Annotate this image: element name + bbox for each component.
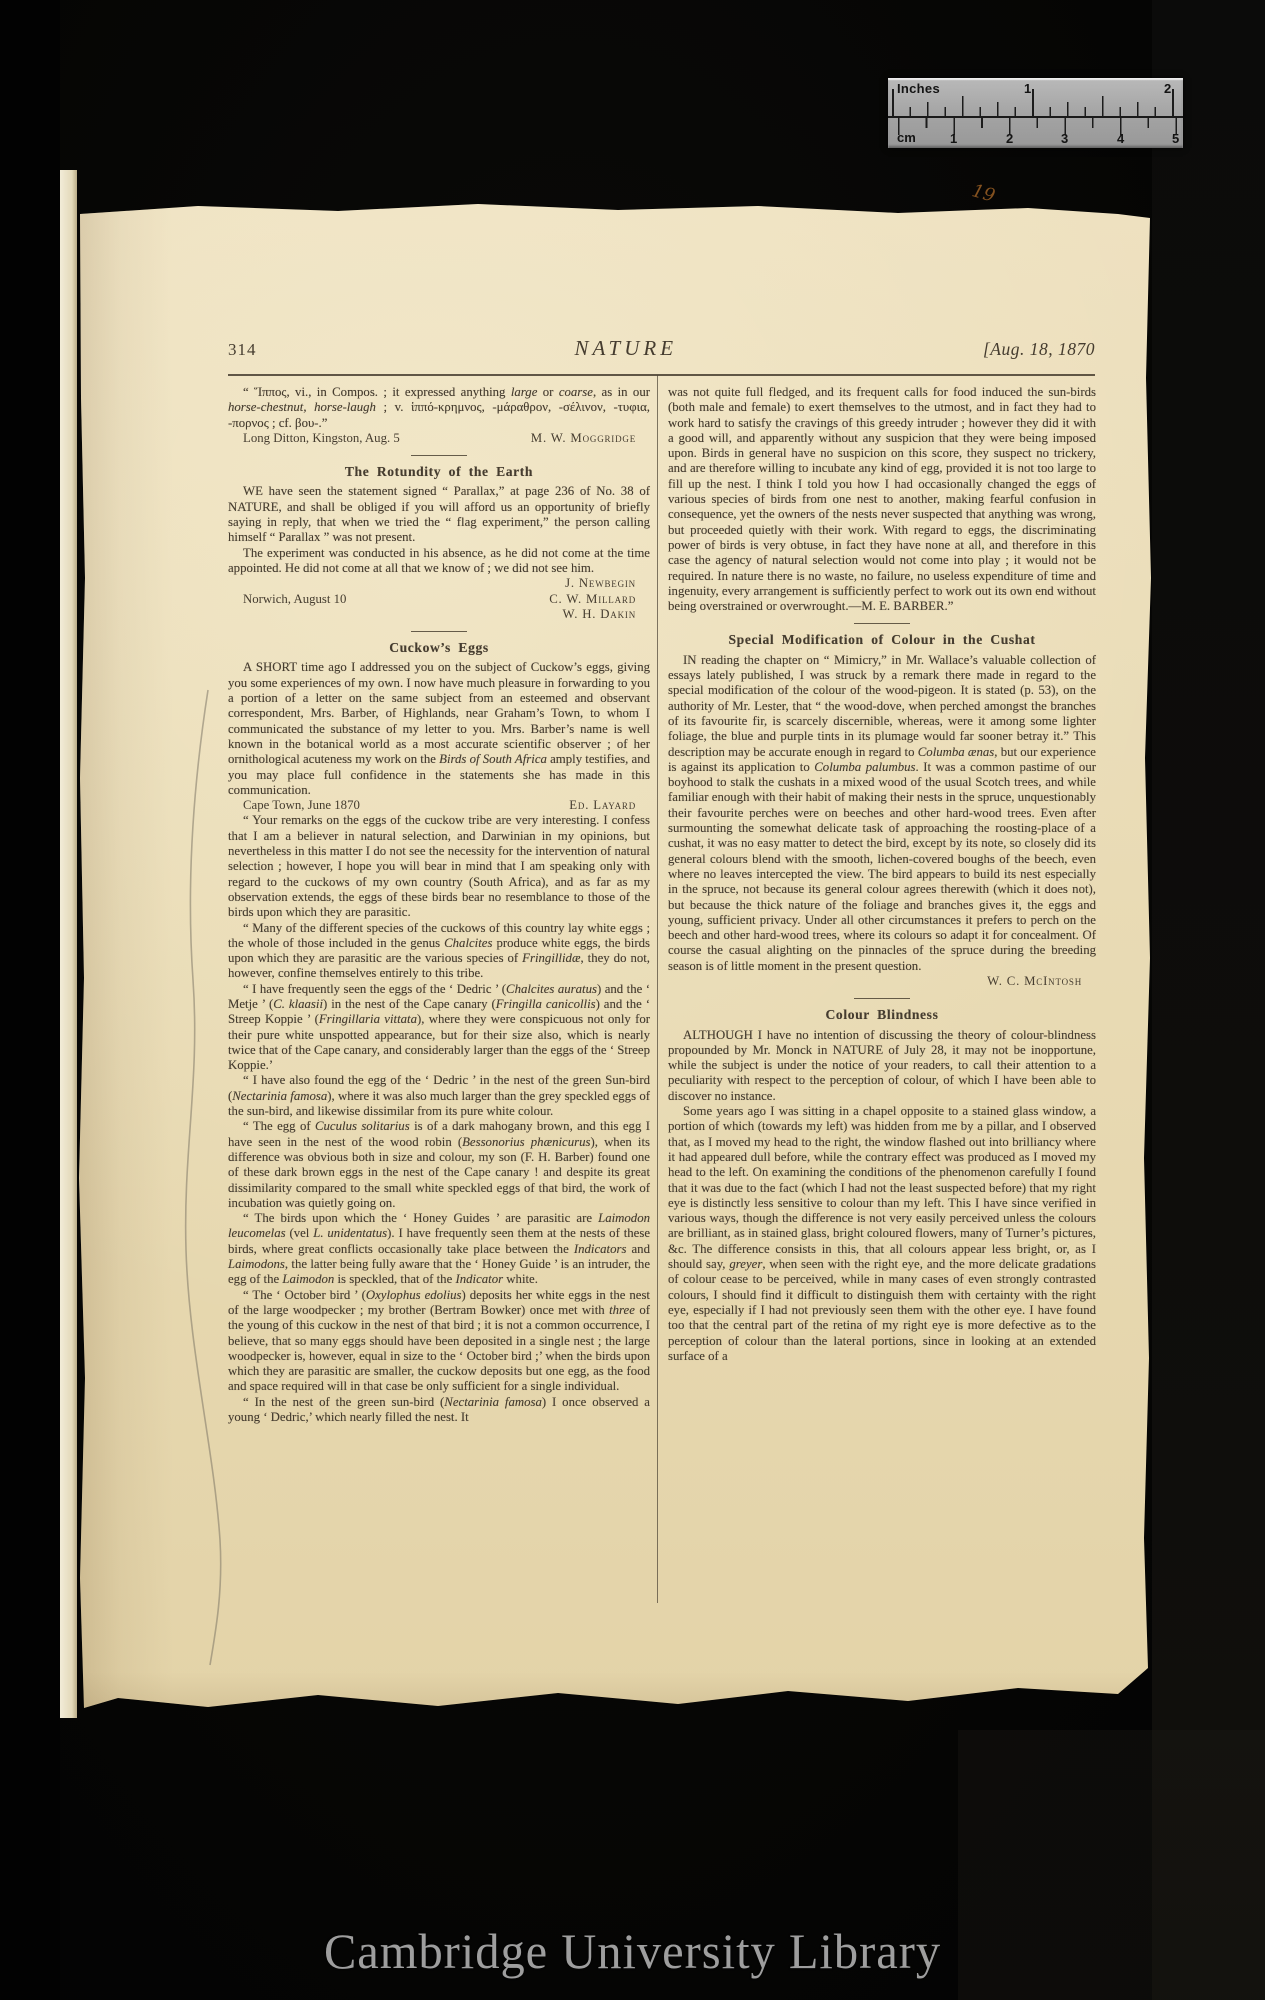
right-column: was not quite full fledged, and its freq… [668,385,1096,1364]
signature-name: W. H. Dakin [563,607,650,622]
signature-row: W. H. Dakin [228,607,650,622]
signature-row: Long Ditton, Kingston, Aug. 5 M. W. Mogg… [228,431,650,446]
left-column: “ Ἵππος, vi., in Compos. ; it expressed … [228,385,650,1425]
signature-name: Ed. Layard [569,798,650,813]
journal-page: 314 NATURE [Aug. 18, 1870 “ Ἵππος, vi., … [78,198,1152,1718]
letter-paragraph: “ Ἵππος, vi., in Compos. ; it expressed … [228,385,650,431]
signature-row: Norwich, August 10 C. W. Millard [228,592,650,607]
article-paragraph: ALTHOUGH I have no intention of discussi… [668,1028,1096,1104]
signature-name: J. Newbegin [565,576,650,591]
ruler-cm-number: 2 [1006,131,1013,146]
ruler-inch-number: 1 [1024,81,1031,96]
section-divider [411,631,467,632]
signature-name: W. C. McIntosh [987,974,1096,989]
scanned-page-canvas: Inches 1 2 cm 1 2 3 4 5 19 314 NATURE [A… [0,0,1265,2000]
letter-paragraph: “ The birds upon which the ‘ Honey Guide… [228,1211,650,1287]
signature-place-date: Long Ditton, Kingston, Aug. 5 [228,431,400,446]
letter-paragraph: was not quite full fledged, and its freq… [668,385,1096,614]
signature-name: M. W. Moggridge [531,431,650,446]
letter-paragraph: “ In the nest of the green sun-bird (Nec… [228,1395,650,1426]
section-divider [854,998,910,999]
ruler-cm-number: 3 [1061,131,1068,146]
ruler-cm-label: cm [897,130,916,145]
heading-rotundity-of-the-earth: The Rotundity of the Earth [228,464,650,479]
ruler-cm-number: 4 [1117,131,1124,146]
underlying-page-edge [60,170,77,1718]
background-right-band [1152,0,1265,2000]
heading-colour-blindness: Colour Blindness [668,1007,1096,1022]
section-divider [854,623,910,624]
signature-place-date [668,974,683,989]
background-left-band [0,0,60,2000]
header-rule [228,374,1095,376]
article-paragraph: IN reading the chapter on “ Mimicry,” in… [668,653,1096,974]
pencil-folio-annotation: 19 [970,180,998,207]
ruler-inch-ticks [892,89,1183,116]
signature-row: Cape Town, June 1870 Ed. Layard [228,798,650,813]
column-divider-rule [657,375,658,1603]
letter-paragraph: “ The egg of Cuculus solitarius is of a … [228,1119,650,1211]
page-header: 314 NATURE [Aug. 18, 1870 [228,336,1095,361]
ruler-cm-ticks [898,118,1183,135]
article-paragraph: Some years ago I was sitting in a chapel… [668,1104,1096,1364]
article-paragraph: The experiment was conducted in his abse… [228,546,650,577]
issue-date: [Aug. 18, 1870 [983,339,1095,360]
article-paragraph: A SHORT time ago I addressed you on the … [228,660,650,798]
article-paragraph: WE have seen the statement signed “ Para… [228,484,650,545]
heading-cuckows-eggs: Cuckow’s Eggs [228,640,650,655]
signature-place-date [228,607,243,622]
signature-row: W. C. McIntosh [668,974,1096,989]
signature-place-date [228,576,243,591]
signature-row: J. Newbegin [228,576,650,591]
ruler-inch-number: 2 [1164,81,1171,96]
signature-place-date: Cape Town, June 1870 [228,798,360,813]
heading-special-modification-cushat: Special Modification of Colour in the Cu… [668,632,1096,647]
journal-title: NATURE [574,336,677,361]
ruler-cm-number: 5 [1172,131,1179,146]
letter-paragraph: “ Your remarks on the eggs of the cuckow… [228,813,650,920]
letter-paragraph: “ I have also found the egg of the ‘ Ded… [228,1073,650,1119]
signature-place-date: Norwich, August 10 [228,592,346,607]
page-number: 314 [228,340,257,360]
library-watermark: Cambridge University Library [19,1922,1246,1980]
letter-paragraph: “ The ‘ October bird ’ (Oxylophus edoliu… [228,1288,650,1395]
measurement-ruler: Inches 1 2 cm 1 2 3 4 5 [888,78,1183,148]
letter-paragraph: “ I have frequently seen the eggs of the… [228,982,650,1074]
ruler-cm-number: 1 [950,131,957,146]
letter-paragraph: “ Many of the different species of the c… [228,921,650,982]
section-divider [411,455,467,456]
signature-name: C. W. Millard [549,592,650,607]
